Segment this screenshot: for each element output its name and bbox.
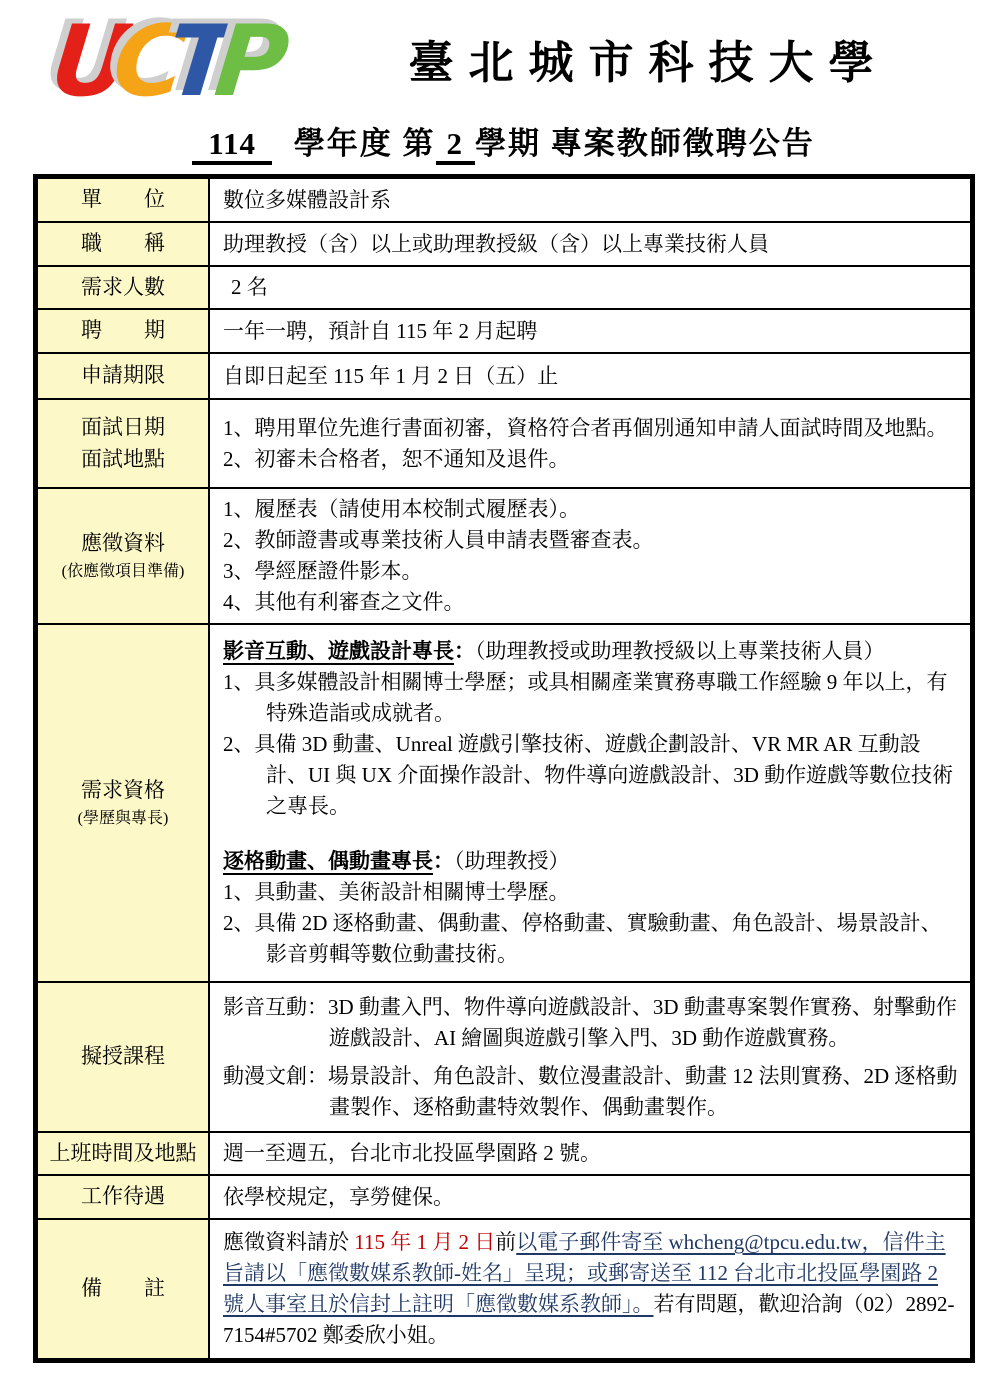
term-value: 一年一聘，預計自 115 年 2 月起聘 [223,316,958,347]
notes-before: 前 [495,1230,516,1254]
row-value-headcount: 2 名 [210,267,970,308]
courses-item-2-text: 場景設計、角色設計、數位漫畫設計、動畫 12 法則實務、2D 逐格動畫製作、逐格… [328,1064,957,1119]
table-row-materials: 應徵資料 (依應徵項目準備) 1、履歷表（請使用本校制式履歷表）。 2、教師證書… [38,489,970,625]
row-label-courses: 擬授課程 [38,983,210,1131]
qualif-section2-item-1: 1、具動畫、美術設計相關博士學歷。 [223,877,958,908]
table-row-deadline: 申請期限 自即日起至 115 年 1 月 2 日（五）止 [38,354,970,400]
notes-deadline-date: 115 年 1 月 2 日 [354,1230,495,1254]
headcount-value: 2 名 [223,272,958,303]
materials-item-1: 1、履歷表（請使用本校制式履歷表）。 [223,494,958,525]
deadline-value: 自即日起至 115 年 1 月 2 日（五）止 [223,361,958,392]
table-row-benefits: 工作待遇 依學校規定，享勞健保。 [38,1176,970,1220]
worktime-value: 週一至週五，台北市北投區學園路 2 號。 [223,1138,958,1169]
courses-item-2: 動漫文創：場景設計、角色設計、數位漫畫設計、動畫 12 法則實務、2D 逐格動畫… [223,1061,958,1123]
row-value-materials: 1、履歷表（請使用本校制式履歷表）。 2、教師證書或專業技術人員申請表暨審查表。… [210,489,970,623]
row-value-deadline: 自即日起至 115 年 1 月 2 日（五）止 [210,354,970,398]
benefits-value: 依學校規定，享勞健保。 [223,1182,958,1213]
qualif-section1-item-1: 1、具多媒體設計相關博士學歷；或具相關產業實務專職工作經驗 9 年以上，有特殊造… [223,667,958,729]
announcement-title: 114 學年度 第2學期 專案教師徵聘公告 [0,118,1007,170]
table-row-unit: 單 位 數位多媒體設計系 [38,179,970,223]
qualif-section1-paren: （助理教授或助理教授級以上專業技術人員） [475,639,885,663]
notes-email-lead: 以電子郵件寄至 [516,1230,668,1254]
qualif-section2-heading-text: 逐格動畫、偶動畫專長 [223,849,433,873]
qualif-section2-colon: ： [433,849,454,873]
row-label-materials: 應徵資料 (依應徵項目準備) [38,489,210,623]
semester-number: 2 [436,126,476,165]
qualif-section1-item-2: 2、具備 3D 動畫、Unreal 遊戲引擎技術、遊戲企劃設計、VR MR AR… [223,729,958,822]
row-value-unit: 數位多媒體設計系 [210,179,970,221]
table-row-notes: 備 註 應徵資料請於 115 年 1 月 2 日前以電子郵件寄至 whcheng… [38,1220,970,1358]
interview-label-line1: 面試日期 [81,412,165,444]
materials-item-4: 4、其他有利審查之文件。 [223,587,958,618]
uctp-logo: UCTP [52,6,270,118]
row-label-notes: 備 註 [38,1220,210,1358]
qualifications-label: 需求資格 [81,775,165,807]
row-value-term: 一年一聘，預計自 115 年 2 月起聘 [210,310,970,352]
email-link[interactable]: whcheng@tpcu.edu.tw [668,1230,861,1254]
table-row-interview: 面試日期 面試地點 1、聘用單位先進行書面初審，資格符合者再個別通知申請人面試時… [38,400,970,489]
row-value-notes: 應徵資料請於 115 年 1 月 2 日前以電子郵件寄至 whcheng@tpc… [210,1220,970,1358]
row-label-deadline: 申請期限 [38,354,210,398]
qualif-section1-colon: ： [454,639,475,663]
qualif-section1-heading: 影音互動、遊戲設計專長：（助理教授或助理教授級以上專業技術人員） [223,636,958,667]
materials-label-sub: (依應徵項目準備) [62,560,185,584]
job-posting-table: 單 位 數位多媒體設計系 職 稱 助理教授（含）以上或助理教授級（含）以上專業技… [33,174,975,1363]
row-value-qualifications: 影音互動、遊戲設計專長：（助理教授或助理教授級以上專業技術人員） 1、具多媒體設… [210,625,970,981]
table-row-qualifications: 需求資格 (學歷與專長) 影音互動、遊戲設計專長：（助理教授或助理教授級以上專業… [38,625,970,983]
interview-item-1: 1、聘用單位先進行書面初審，資格符合者再個別通知申請人面試時間及地點。 [223,413,958,444]
courses-item-2-prefix: 動漫文創： [223,1064,328,1088]
materials-item-2: 2、教師證書或專業技術人員申請表暨審查表。 [223,525,958,556]
interview-label-line2: 面試地點 [81,444,165,476]
row-label-headcount: 需求人數 [38,267,210,308]
materials-item-3: 3、學經歷證件影本。 [223,556,958,587]
row-label-worktime: 上班時間及地點 [38,1133,210,1174]
subtitle-part2: 學期 專案教師徵聘公告 [475,126,815,161]
row-value-position: 助理教授（含）以上或助理教授級（含）以上專業技術人員 [210,223,970,265]
row-value-worktime: 週一至週五，台北市北投區學園路 2 號。 [210,1133,970,1174]
table-row-worktime: 上班時間及地點 週一至週五，台北市北投區學園路 2 號。 [38,1133,970,1176]
header: UCTP 臺北城市科技大學 [0,0,1007,118]
qualifications-label-sub: (學歷與專長) [78,807,169,831]
qualif-section2-heading: 逐格動畫、偶動畫專長：（助理教授） [223,846,958,877]
table-row-courses: 擬授課程 影音互動：3D 動畫入門、物件導向遊戲設計、3D 動畫專案製作實務、射… [38,983,970,1133]
academic-year: 114 [192,126,272,165]
table-row-term: 聘 期 一年一聘，預計自 115 年 2 月起聘 [38,310,970,354]
announcement-page: UCTP 臺北城市科技大學 114 學年度 第2學期 專案教師徵聘公告 單 位 … [0,0,1007,1377]
table-row-headcount: 需求人數 2 名 [38,267,970,310]
row-value-benefits: 依學校規定，享勞健保。 [210,1176,970,1218]
row-label-benefits: 工作待遇 [38,1176,210,1218]
unit-value: 數位多媒體設計系 [223,185,958,216]
courses-item-1-text: 3D 動畫入門、物件導向遊戲設計、3D 動畫專案製作實務、射擊動作遊戲設計、AI… [328,995,957,1050]
row-label-unit: 單 位 [38,179,210,221]
school-name: 臺北城市科技大學 [320,26,977,91]
row-label-qualifications: 需求資格 (學歷與專長) [38,625,210,981]
row-label-interview: 面試日期 面試地點 [38,400,210,487]
courses-item-1-prefix: 影音互動： [223,995,328,1019]
courses-item-1: 影音互動：3D 動畫入門、物件導向遊戲設計、3D 動畫專案製作實務、射擊動作遊戲… [223,992,958,1054]
row-value-courses: 影音互動：3D 動畫入門、物件導向遊戲設計、3D 動畫專案製作實務、射擊動作遊戲… [210,983,970,1131]
row-label-position: 職 稱 [38,223,210,265]
notes-paragraph: 應徵資料請於 115 年 1 月 2 日前以電子郵件寄至 whcheng@tpc… [223,1227,958,1351]
logo-letter-p: P [211,13,293,111]
subtitle-part1: 學年度 第 [294,126,436,161]
qualif-section2-item-2: 2、具備 2D 逐格動畫、偶動畫、停格動畫、實驗動畫、角色設計、場景設計、影音剪… [223,908,958,970]
table-row-position: 職 稱 助理教授（含）以上或助理教授級（含）以上專業技術人員 [38,223,970,267]
notes-intro: 應徵資料請於 [223,1230,354,1254]
materials-label: 應徵資料 [81,528,165,560]
qualif-section1-heading-text: 影音互動、遊戲設計專長 [223,639,454,663]
interview-item-2: 2、初審未合格者，恕不通知及退件。 [223,444,958,475]
row-label-term: 聘 期 [38,310,210,352]
position-value: 助理教授（含）以上或助理教授級（含）以上專業技術人員 [223,229,958,260]
qualif-section2-paren: （助理教授） [454,849,570,873]
row-value-interview: 1、聘用單位先進行書面初審，資格符合者再個別通知申請人面試時間及地點。 2、初審… [210,400,970,487]
